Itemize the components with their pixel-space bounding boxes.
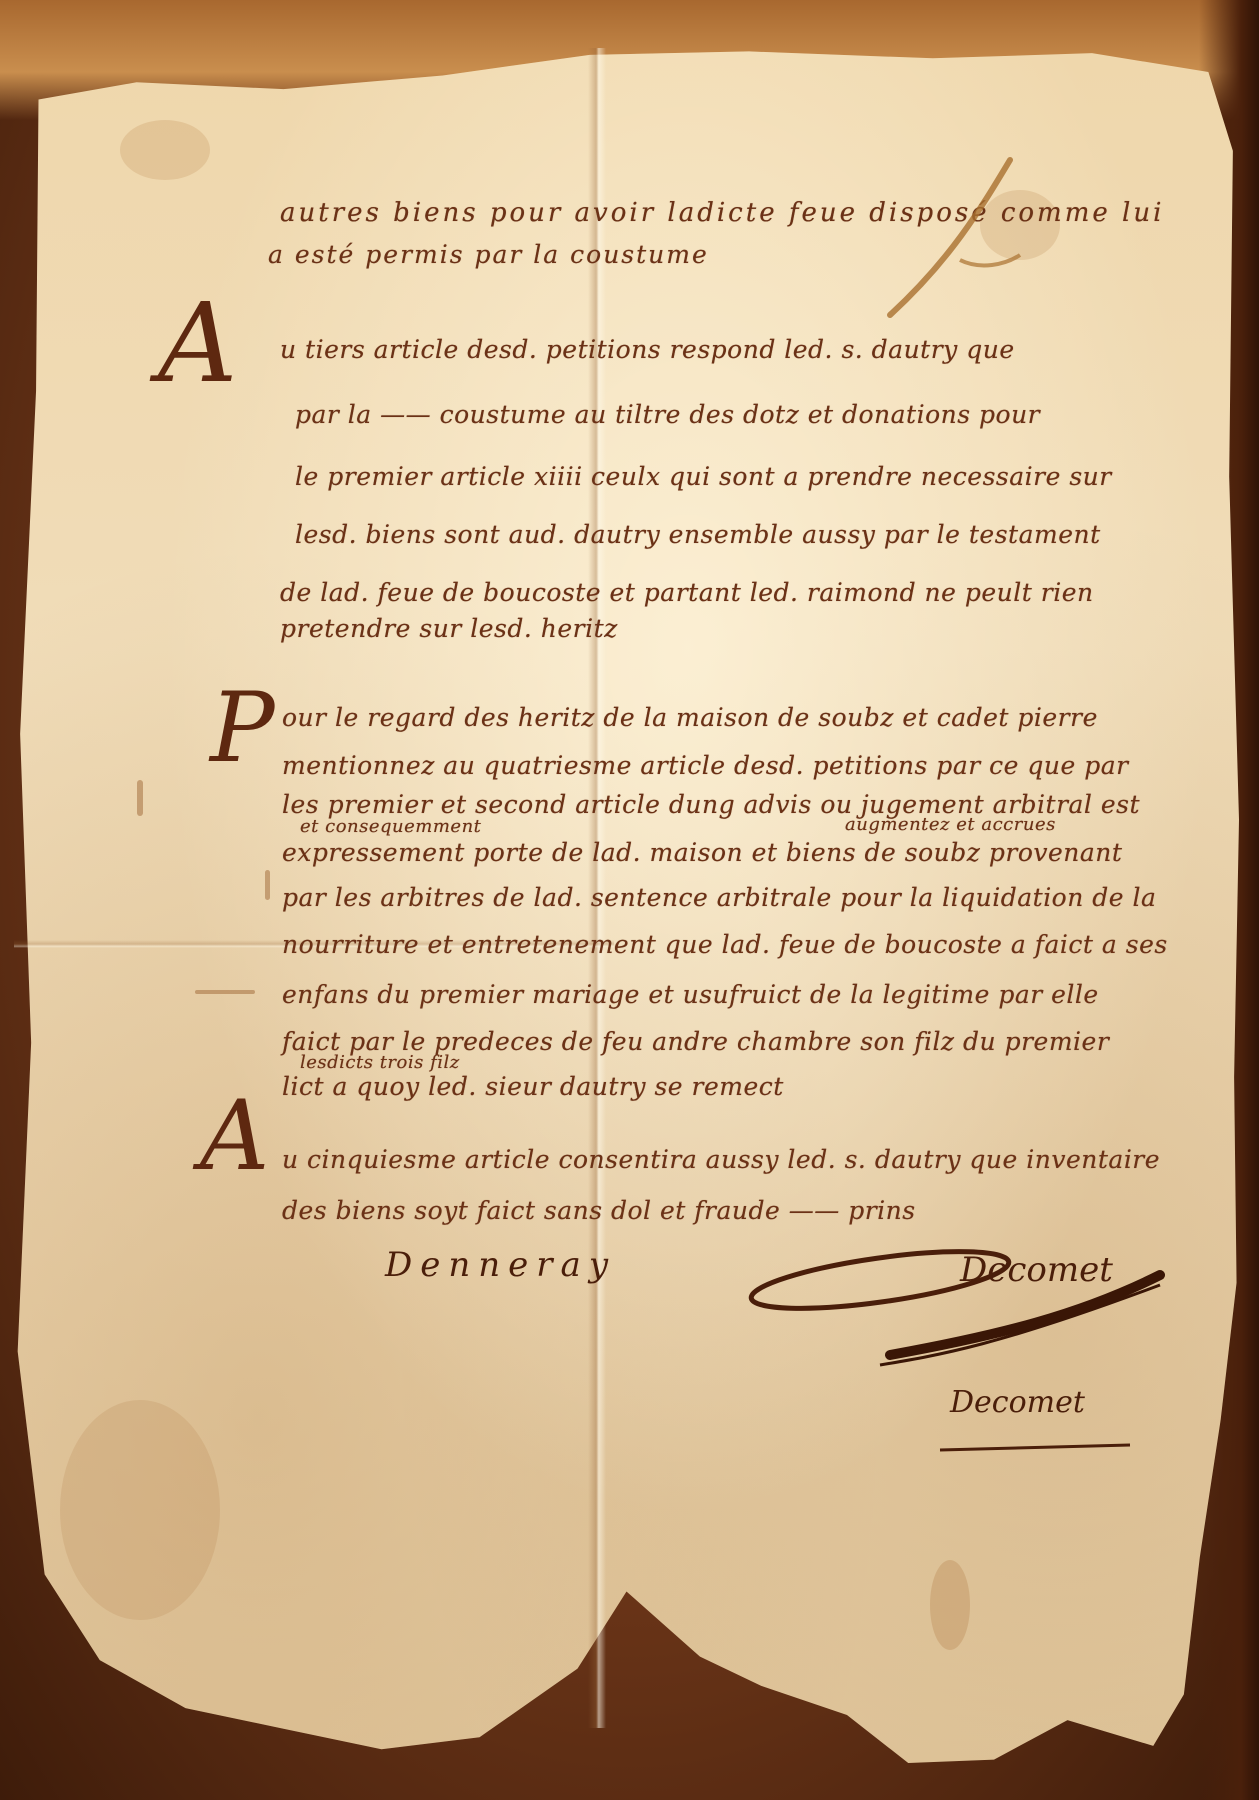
text-line: our le regard des heritz de la maison de… bbox=[282, 703, 1098, 732]
drop-initial: A bbox=[200, 1088, 269, 1184]
text-line: mentionnez au quatriesme article desd. p… bbox=[282, 751, 1129, 780]
text-line: lesd. biens sont aud. dautry ensemble au… bbox=[295, 520, 1101, 549]
signature-lower-right: Decomet bbox=[950, 1385, 1085, 1420]
text-line: des biens soyt faict sans dol et fraude … bbox=[282, 1196, 916, 1225]
text-line: u cinquiesme article consentira aussy le… bbox=[282, 1145, 1160, 1174]
text-line: enfans du premier mariage et usufruict d… bbox=[282, 980, 1099, 1009]
signature-upper-right: Decomet bbox=[960, 1250, 1113, 1290]
interlinear-insertion: augmentez et accrues bbox=[845, 814, 1056, 835]
ink-flourish bbox=[860, 150, 1060, 330]
signature-left: Denneray bbox=[385, 1245, 616, 1285]
drop-initial: A bbox=[158, 288, 237, 398]
text-line: par les arbitres de lad. sentence arbitr… bbox=[282, 883, 1156, 912]
interlinear-insertion: et consequemment bbox=[300, 816, 481, 837]
text-line: pretendre sur lesd. heritz bbox=[280, 614, 618, 643]
drop-initial: P bbox=[210, 680, 275, 776]
interlinear-insertion: lesdicts trois filz bbox=[300, 1052, 460, 1073]
text-line: par la —— coustume au tiltre des dotz et… bbox=[295, 400, 1040, 429]
text-line: nourriture et entretenement que lad. feu… bbox=[282, 930, 1168, 959]
text-line: le premier article xiiii ceulx qui sont … bbox=[295, 462, 1112, 491]
text-line: de lad. feue de boucoste et partant led.… bbox=[280, 578, 1094, 607]
text-line: expressement porte de lad. maison et bie… bbox=[282, 838, 1122, 867]
manuscript-text: autres biens pour avoir ladicte feue dis… bbox=[0, 0, 1259, 1800]
text-line: u tiers article desd. petitions respond … bbox=[280, 335, 1015, 364]
text-line: a esté permis par la coustume bbox=[268, 240, 709, 269]
text-line: lict a quoy led. sieur dautry se remect bbox=[282, 1072, 784, 1101]
